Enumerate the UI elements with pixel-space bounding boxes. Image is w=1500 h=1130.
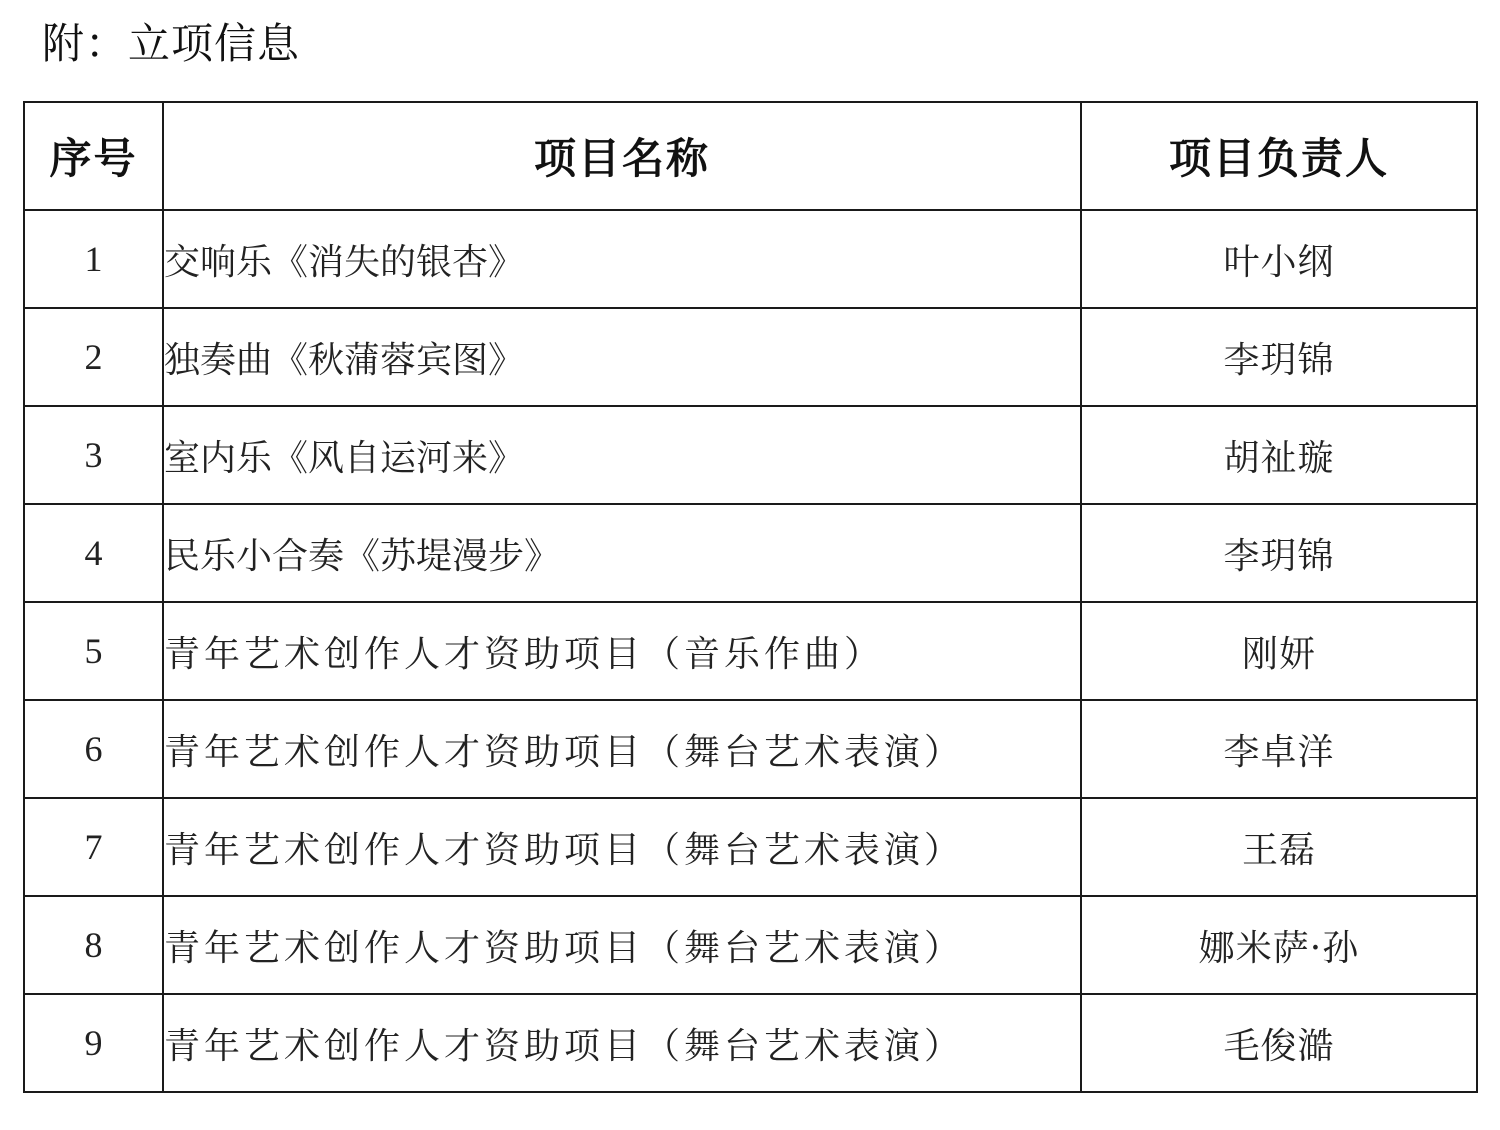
cell-serial-number: 6 — [24, 700, 163, 798]
header-serial-number: 序号 — [24, 102, 163, 210]
cell-serial-number: 7 — [24, 798, 163, 896]
table-row: 9 青年艺术创作人才资助项目（舞台艺术表演） 毛俊澔 — [24, 994, 1477, 1092]
cell-serial-number: 1 — [24, 210, 163, 308]
project-info-table: 序号 项目名称 项目负责人 1 交响乐《消失的银杏》 叶小纲 2 独奏曲《秋蒲蓉… — [23, 101, 1478, 1093]
cell-serial-number: 5 — [24, 602, 163, 700]
title-text: 立项信息 — [128, 19, 300, 68]
cell-project-owner: 娜米萨·孙 — [1081, 896, 1477, 994]
cell-project-name: 青年艺术创作人才资助项目（舞台艺术表演） — [163, 798, 1081, 896]
table-row: 1 交响乐《消失的银杏》 叶小纲 — [24, 210, 1477, 308]
cell-project-name: 青年艺术创作人才资助项目（舞台艺术表演） — [163, 994, 1081, 1092]
table-row: 3 室内乐《风自运河来》 胡祉璇 — [24, 406, 1477, 504]
table-row: 7 青年艺术创作人才资助项目（舞台艺术表演） 王磊 — [24, 798, 1477, 896]
cell-project-owner: 李卓洋 — [1081, 700, 1477, 798]
cell-serial-number: 2 — [24, 308, 163, 406]
cell-project-name: 青年艺术创作人才资助项目（舞台艺术表演） — [163, 896, 1081, 994]
cell-project-owner: 李玥锦 — [1081, 504, 1477, 602]
title-prefix: 附： — [42, 19, 128, 68]
cell-project-owner: 刚妍 — [1081, 602, 1477, 700]
cell-serial-number: 9 — [24, 994, 163, 1092]
table-header-row: 序号 项目名称 项目负责人 — [24, 102, 1477, 210]
table-row: 5 青年艺术创作人才资助项目（音乐作曲） 刚妍 — [24, 602, 1477, 700]
cell-project-owner: 李玥锦 — [1081, 308, 1477, 406]
cell-project-name: 交响乐《消失的银杏》 — [163, 210, 1081, 308]
cell-serial-number: 8 — [24, 896, 163, 994]
cell-project-name: 独奏曲《秋蒲蓉宾图》 — [163, 308, 1081, 406]
table-row: 8 青年艺术创作人才资助项目（舞台艺术表演） 娜米萨·孙 — [24, 896, 1477, 994]
cell-project-owner: 毛俊澔 — [1081, 994, 1477, 1092]
document-title: 附：立项信息 — [42, 14, 300, 74]
table-row: 2 独奏曲《秋蒲蓉宾图》 李玥锦 — [24, 308, 1477, 406]
header-project-owner: 项目负责人 — [1081, 102, 1477, 210]
cell-serial-number: 4 — [24, 504, 163, 602]
cell-project-name: 民乐小合奏《苏堤漫步》 — [163, 504, 1081, 602]
cell-project-owner: 王磊 — [1081, 798, 1477, 896]
table-row: 4 民乐小合奏《苏堤漫步》 李玥锦 — [24, 504, 1477, 602]
cell-project-owner: 胡祉璇 — [1081, 406, 1477, 504]
table-row: 6 青年艺术创作人才资助项目（舞台艺术表演） 李卓洋 — [24, 700, 1477, 798]
cell-project-name: 室内乐《风自运河来》 — [163, 406, 1081, 504]
cell-project-name: 青年艺术创作人才资助项目（舞台艺术表演） — [163, 700, 1081, 798]
header-project-name: 项目名称 — [163, 102, 1081, 210]
cell-project-name: 青年艺术创作人才资助项目（音乐作曲） — [163, 602, 1081, 700]
cell-serial-number: 3 — [24, 406, 163, 504]
cell-project-owner: 叶小纲 — [1081, 210, 1477, 308]
